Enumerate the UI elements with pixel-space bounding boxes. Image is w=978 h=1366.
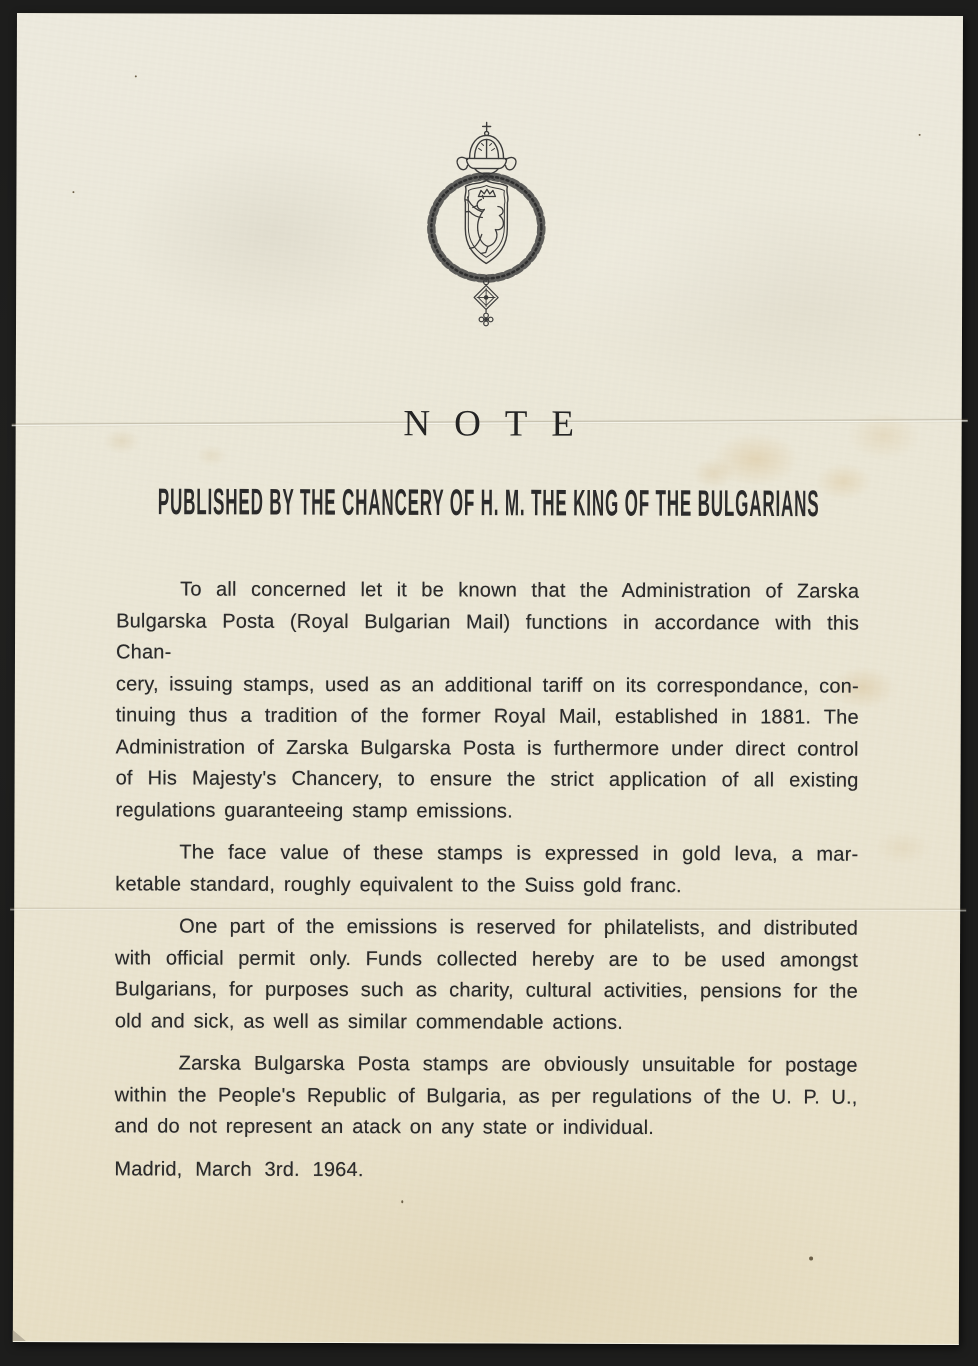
paper-speck xyxy=(809,1256,813,1260)
text-line: To all concerned let it be known that th… xyxy=(116,574,859,608)
coat-of-arms-emblem xyxy=(421,118,552,330)
published-by-subtitle-text: PUBLISHED BY THE CHANCERY OF H. M. THE K… xyxy=(158,483,820,528)
text-line: and do not represent an atack on any sta… xyxy=(114,1111,857,1145)
text-line: Bulgarians, for purposes such as charity… xyxy=(115,974,858,1008)
crown-icon xyxy=(457,122,516,174)
lion-rampant-icon xyxy=(465,189,504,253)
document-page: NOTE PUBLISHED BY THE CHANCERY OF H. M. … xyxy=(13,13,963,1345)
published-by-subtitle: PUBLISHED BY THE CHANCERY OF H. M. THE K… xyxy=(15,492,961,518)
paragraph-4: Zarska Bulgarska Posta stamps are obviou… xyxy=(114,1048,857,1145)
text-line: old and sick, as well as similar commend… xyxy=(115,1006,858,1040)
pendant-badge-icon xyxy=(474,275,498,325)
text-line: Zarska Bulgarska Posta stamps are obviou… xyxy=(115,1048,858,1082)
dateline: Madrid, March 3rd. 1964. xyxy=(114,1154,857,1188)
text-line: Bulgarska Posta (Royal Bulgarian Mail) f… xyxy=(116,606,859,671)
text-line: within the People's Republic of Bulgaria… xyxy=(115,1080,858,1114)
corner-fold-mark xyxy=(13,1330,26,1341)
text-line: regulations guaranteeing stamp emissions… xyxy=(115,795,858,829)
paper-speck xyxy=(135,75,137,77)
text-line: tinuing thus a tradition of the former R… xyxy=(116,700,859,734)
royal-crest-icon xyxy=(421,118,552,330)
paper-speck xyxy=(919,134,921,136)
letter-body: To all concerned let it be known that th… xyxy=(114,574,859,1198)
text-line: of His Majesty's Chancery, to ensure the… xyxy=(116,763,859,797)
text-line: The face value of these stamps is expres… xyxy=(115,837,858,871)
paragraph-3: One part of the emissions is reserved fo… xyxy=(115,911,858,1039)
text-line: ketable standard, roughly equivalent to … xyxy=(115,869,858,903)
text-line: One part of the emissions is reserved fo… xyxy=(115,911,858,945)
paragraph-1: To all concerned let it be known that th… xyxy=(115,574,859,828)
text-line: with official permit only. Funds collect… xyxy=(115,943,858,977)
paper-speck xyxy=(401,1200,403,1203)
paper-speck xyxy=(72,191,74,193)
paragraph-2: The face value of these stamps is expres… xyxy=(115,837,858,902)
note-title: NOTE xyxy=(16,401,962,447)
text-line: Administration of Zarska Bulgarska Posta… xyxy=(116,732,859,766)
text-line: cery, issuing stamps, used as an additio… xyxy=(116,669,859,703)
